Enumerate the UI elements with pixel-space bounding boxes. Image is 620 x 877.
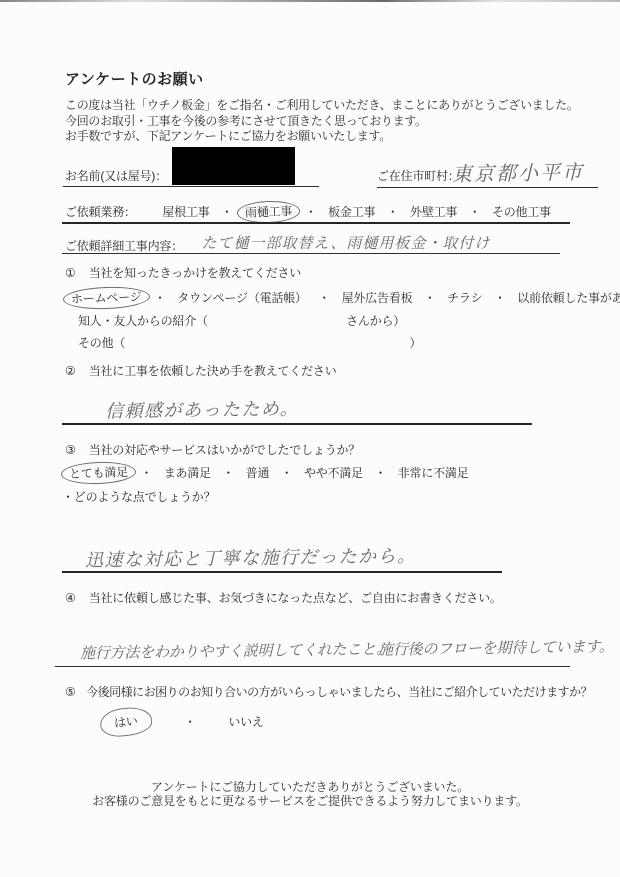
detail-underline xyxy=(62,253,560,254)
question-3-number: ③ xyxy=(65,443,76,457)
q3-option-very-satisfied-selected: とても満足 xyxy=(69,465,128,481)
option-separator: ・ xyxy=(380,205,406,219)
selected-circle-mark: はい xyxy=(99,705,153,738)
question-2: ② 当社に工事を依頼した決め手を教えてください xyxy=(65,362,337,379)
option-separator: ・ xyxy=(298,205,324,219)
referral-prefix: 知人・友人からの紹介（ xyxy=(78,314,208,328)
question-3-text: 当社の対応やサービスはいかがでしたでしょうか？ xyxy=(89,443,360,457)
option-separator: ・ xyxy=(156,715,224,729)
q3-option-neutral: 普通 xyxy=(246,466,270,480)
intro-line: 今回のお取引・工事を今後の参考にさせて頂きたく思っております。 xyxy=(65,114,579,130)
q1-option-previous: 以前依頼した事がある xyxy=(517,291,620,305)
scanned-survey-document: アンケートのお願い この度は当社「ウチノ板金」をご指名・ご利用していただき、まこ… xyxy=(0,0,620,877)
work-type-label: ご依頼業務： xyxy=(65,205,136,219)
referral-suffix: さんから） xyxy=(346,314,405,328)
question-2-text: 当社に工事を依頼した決め手を教えてください xyxy=(89,364,337,378)
page-title: アンケートのお願い xyxy=(65,68,204,89)
question-4-handwritten-answer-right: 施行後のフローを期待しています。 xyxy=(378,635,614,659)
question-5-number: ⑤ xyxy=(65,685,75,699)
question-1-number: ① xyxy=(65,266,76,280)
option-separator: ・ xyxy=(147,291,173,305)
option-separator: ・ xyxy=(215,466,241,480)
detail-label: ご依頼詳細工事内容： xyxy=(65,239,183,253)
footer-line-2: お客様のご意見をもとに更なるサービスをご提供できるよう努力してまいります。 xyxy=(0,792,620,809)
q1-option-flyer: チラシ xyxy=(447,291,482,305)
work-option-gutter-selected: 雨樋工事 xyxy=(245,204,293,220)
question-3: ③ 当社の対応やサービスはいかがでしたでしょうか？ xyxy=(65,441,360,458)
redaction-box xyxy=(172,147,295,185)
selected-circle-mark: ホームページ xyxy=(63,285,150,310)
q1-option-billboard: 屋外広告看板 xyxy=(342,291,413,305)
question-5-answer-row: はい ・ いいえ xyxy=(100,708,264,736)
work-type-underline xyxy=(62,222,570,224)
question-2-handwritten-answer: 信頼感があったため。 xyxy=(105,395,299,424)
q5-option-no: いいえ xyxy=(228,715,263,729)
other-suffix: ） xyxy=(409,336,421,350)
q1-option-townpage: タウンページ（電話帳） xyxy=(177,291,307,305)
other-prefix: その他（ xyxy=(78,336,125,350)
option-separator: ・ xyxy=(462,205,488,219)
address-handwritten-value: 東京都小平市 xyxy=(452,156,584,187)
address-field-label: ご在住市町村： xyxy=(377,167,460,184)
question-2-answer-underline xyxy=(62,423,532,425)
question-1-other-line: その他（ ） xyxy=(78,334,421,351)
question-4: ④ 当社に依頼し感じた事、お気づきになった点など、ご自由にお書きください。 xyxy=(65,589,502,606)
option-separator: ・ xyxy=(133,466,159,480)
intro-line: この度は当社「ウチノ板金」をご指名・ご利用していただき、まことにありがとうござい… xyxy=(65,98,579,114)
selected-circle-mark: とても満足 xyxy=(61,461,137,486)
work-option-roof: 屋根工事 xyxy=(162,205,209,219)
question-4-number: ④ xyxy=(65,591,76,605)
question-3-answer-underline xyxy=(62,571,502,573)
question-1-options: ホームページ ・ タウンページ（電話帳） ・ 屋外広告看板 ・ チラシ ・ 以前… xyxy=(70,289,620,307)
q3-option-very-dissatisfied: 非常に不満足 xyxy=(398,466,469,480)
question-1-text: 当社を知ったきっかけを教えてください xyxy=(89,266,301,280)
intro-paragraph: この度は当社「ウチノ板金」をご指名・ご利用していただき、まことにありがとうござい… xyxy=(65,98,579,145)
question-4-text: 当社に依頼し感じた事、お気づきになった点など、ご自由にお書きください。 xyxy=(89,591,502,605)
name-field-label: お名前(又は屋号)： xyxy=(65,167,167,184)
question-3-handwritten-answer: 迅速な対応と丁寧な施行だったから。 xyxy=(85,542,417,573)
selected-circle-mark: 雨樋工事 xyxy=(237,200,301,224)
detail-row: ご依頼詳細工事内容： たて樋一部取替え、雨樋用板金・取付け xyxy=(65,234,490,255)
work-option-other: その他工事 xyxy=(492,205,551,219)
question-2-number: ② xyxy=(65,364,76,378)
option-separator: ・ xyxy=(214,205,240,219)
option-separator: ・ xyxy=(274,466,300,480)
detail-handwritten-value: たて樋一部取替え、雨樋用板金・取付け xyxy=(201,234,490,252)
q1-option-homepage-selected: ホームページ xyxy=(71,290,142,306)
option-separator: ・ xyxy=(311,291,337,305)
name-underline xyxy=(63,186,319,187)
work-option-sheetmetal: 板金工事 xyxy=(328,205,375,219)
question-5-text: 今後同様にお困りのお知り合いの方がいらっしゃいましたら、当社にご紹介していただけ… xyxy=(86,685,592,699)
scan-edge-artifact xyxy=(0,0,620,2)
question-1-referral-line: 知人・友人からの紹介（ さんから） xyxy=(78,312,405,329)
question-3-options: とても満足 ・ まあ満足 ・ 普通 ・ やや不満足 ・ 非常に不満足 xyxy=(68,464,469,482)
option-separator: ・ xyxy=(487,291,513,305)
work-type-row: ご依頼業務： 屋根工事 ・ 雨樋工事 ・ 板金工事 ・ 外壁工事 ・ その他工事 xyxy=(65,203,551,221)
address-underline xyxy=(377,187,598,188)
q5-option-yes-selected: はい xyxy=(113,714,138,730)
q3-option-satisfied: まあ満足 xyxy=(164,466,211,480)
question-5: ⑤ 今後同様にお困りのお知り合いの方がいらっしゃいましたら、当社にご紹介していた… xyxy=(65,683,592,700)
intro-line: お手数ですが、下記アンケートにご協力をお願いいたします。 xyxy=(65,129,579,145)
question-1: ① 当社を知ったきっかけを教えてください xyxy=(65,264,301,281)
question-3-followup: ・どのような点でしょうか？ xyxy=(62,488,215,505)
option-separator: ・ xyxy=(367,466,393,480)
work-option-wall: 外壁工事 xyxy=(410,205,457,219)
question-4-answer-underline xyxy=(55,666,570,667)
option-separator: ・ xyxy=(417,291,443,305)
question-4-handwritten-answer-left: 施行方法をわかりやすく説明してくれたこと。 xyxy=(80,638,391,663)
q3-option-somewhat-dissatisfied: やや不満足 xyxy=(304,466,363,480)
